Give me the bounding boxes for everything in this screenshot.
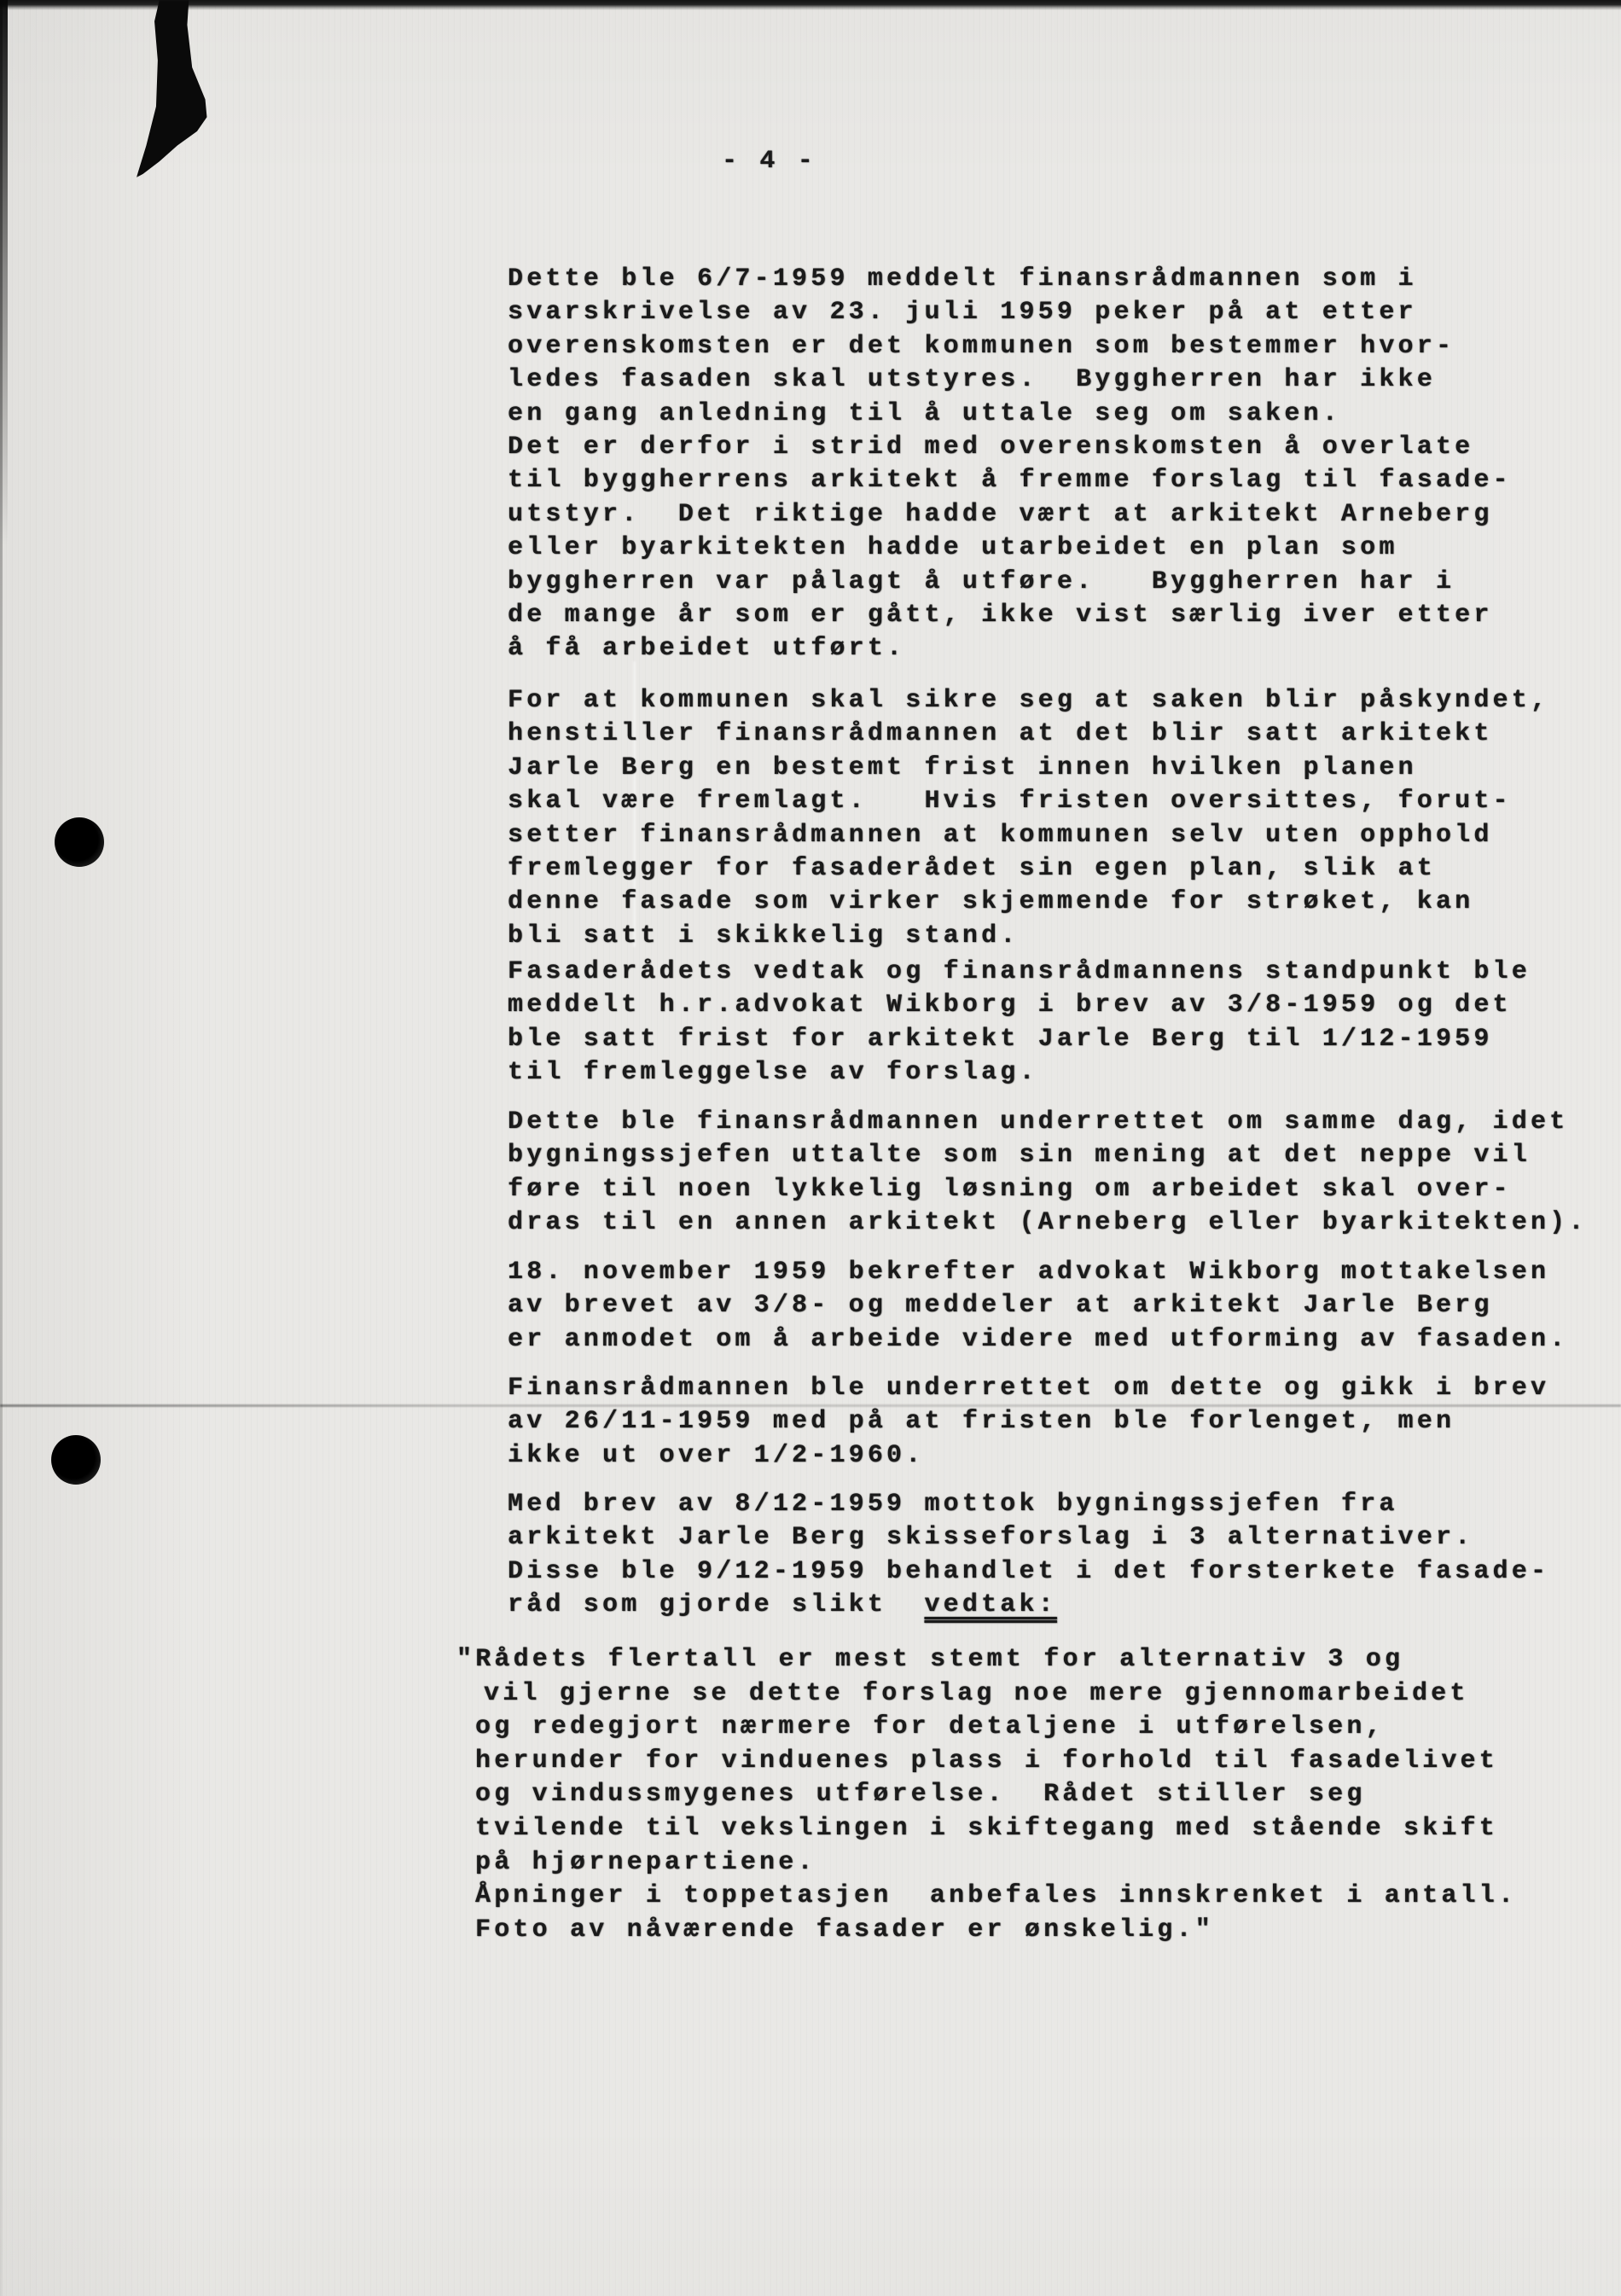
text-line: Jarle Berg en bestemt frist innen hvilke… [508, 752, 1549, 785]
text-line: ikke ut over 1/2-1960. [508, 1439, 1549, 1473]
text-line: skal være fremlagt. Hvis fristen oversit… [508, 785, 1549, 818]
scanned-document-page: - 4 - Dette ble 6/7-1959 meddelt finansr… [0, 0, 1621, 2296]
text-line: Disse ble 9/12-1959 behandlet i det fors… [508, 1555, 1549, 1589]
text-line: 18. november 1959 bekrefter advokat Wikb… [508, 1256, 1568, 1289]
text-line: Det er derfor i strid med overenskomsten… [508, 431, 1512, 464]
hole-punch-top [55, 817, 104, 867]
text-line: overenskomsten er det kommunen som beste… [508, 330, 1512, 363]
decision-line-prefix: råd som gjorde slikt [508, 1590, 924, 1619]
scan-corner-artifact [135, 0, 217, 177]
text-line: Med brev av 8/12-1959 mottok bygningssje… [508, 1488, 1549, 1521]
paragraph-1: Dette ble 6/7-1959 meddelt finansrådmann… [508, 263, 1512, 666]
text-line: tvilende til vekslingen i skiftegang med… [475, 1812, 1517, 1846]
paragraph-2: For at kommunen skal sikre seg at saken … [508, 684, 1549, 953]
paragraph-6: Finansrådmannen ble underrettet om dette… [508, 1372, 1549, 1473]
text-line: denne fasade som virker skjemmende for s… [508, 886, 1549, 919]
text-line: til byggherrens arkitekt å fremme forsla… [508, 464, 1512, 497]
paragraph-7: Med brev av 8/12-1959 mottok bygningssje… [508, 1488, 1549, 1623]
text-line: setter finansrådmannen at kommunen selv … [508, 819, 1549, 852]
quoted-resolution-block: "Rådets flertall er mest stemt for alter… [475, 1643, 1517, 1947]
text-line: bygningssjefen uttalte som sin mening at… [508, 1139, 1588, 1172]
text-line: er anmodet om å arbeide videre med utfor… [508, 1323, 1568, 1357]
text-line: Finansrådmannen ble underrettet om dette… [508, 1372, 1549, 1405]
text-line: eller byarkitekten hadde utarbeidet en p… [508, 532, 1512, 565]
text-line: henstiller finansrådmannen at det blir s… [508, 718, 1549, 751]
decision-word-underlined: vedtak: [924, 1590, 1056, 1619]
text-line: "Rådets flertall er mest stemt for alter… [475, 1643, 1517, 1677]
paragraph-4: Dette ble finansrådmannen underrettet om… [508, 1106, 1588, 1241]
text-line: av brevet av 3/8- og meddeler at arkitek… [508, 1289, 1568, 1322]
text-line: utstyr. Det riktige hadde vært at arkite… [508, 498, 1512, 532]
text-line: For at kommunen skal sikre seg at saken … [508, 684, 1549, 718]
paragraph-7-lines: Med brev av 8/12-1959 mottok bygningssje… [508, 1488, 1549, 1589]
text-line: føre til noen lykkelig løsning om arbeid… [508, 1173, 1588, 1206]
text-line: meddelt h.r.advokat Wikborg i brev av 3/… [508, 989, 1531, 1022]
text-line: svarskrivelse av 23. juli 1959 peker på … [508, 296, 1512, 329]
text-line: til fremleggelse av forslag. [508, 1056, 1531, 1090]
text-line: Dette ble finansrådmannen underrettet om… [508, 1106, 1588, 1139]
text-line: bli satt i skikkelig stand. [508, 920, 1549, 953]
hole-punch-bottom [51, 1435, 101, 1485]
text-line: byggherren var pålagt å utføre. Byggherr… [508, 566, 1512, 599]
text-line: herunder for vinduenes plass i forhold t… [475, 1745, 1517, 1779]
text-line: Dette ble 6/7-1959 meddelt finansrådmann… [508, 263, 1512, 296]
text-line: dras til en annen arkitekt (Arneberg ell… [508, 1206, 1588, 1240]
text-line: Foto av nåværende fasader er ønskelig." [475, 1914, 1517, 1948]
text-line: råd som gjorde slikt vedtak: [508, 1589, 1549, 1622]
text-line: arkitekt Jarle Berg skisseforslag i 3 al… [508, 1521, 1549, 1555]
text-line: og redegjort nærmere for detaljene i utf… [475, 1711, 1517, 1745]
text-line: og vindussmygenes utførelse. Rådet still… [475, 1778, 1517, 1812]
text-line: ble satt frist for arkitekt Jarle Berg t… [508, 1023, 1531, 1056]
text-line: Åpninger i toppetasjen anbefales innskre… [475, 1880, 1517, 1914]
page-number: - 4 - [722, 147, 816, 176]
scan-top-edge-shadow [0, 0, 1621, 10]
text-line: fremlegger for fasaderådet sin egen plan… [508, 852, 1549, 886]
text-line: Fasaderådets vedtak og finansrådmannens … [508, 956, 1531, 989]
text-line: ledes fasaden skal utstyres. Byggherren … [508, 363, 1512, 397]
scan-left-edge-shadow [0, 0, 8, 546]
text-line: en gang anledning til å uttale seg om sa… [508, 398, 1512, 431]
text-line: de mange år som er gått, ikke vist særli… [508, 599, 1512, 632]
paragraph-3: Fasaderådets vedtak og finansrådmannens … [508, 956, 1531, 1090]
text-line: av 26/11-1959 med på at fristen ble forl… [508, 1405, 1549, 1439]
paragraph-5: 18. november 1959 bekrefter advokat Wikb… [508, 1256, 1568, 1357]
text-line: på hjørnepartiene. [475, 1846, 1517, 1880]
text-line: vil gjerne se dette forslag noe mere gje… [475, 1677, 1517, 1712]
text-line: å få arbeidet utført. [508, 632, 1512, 666]
